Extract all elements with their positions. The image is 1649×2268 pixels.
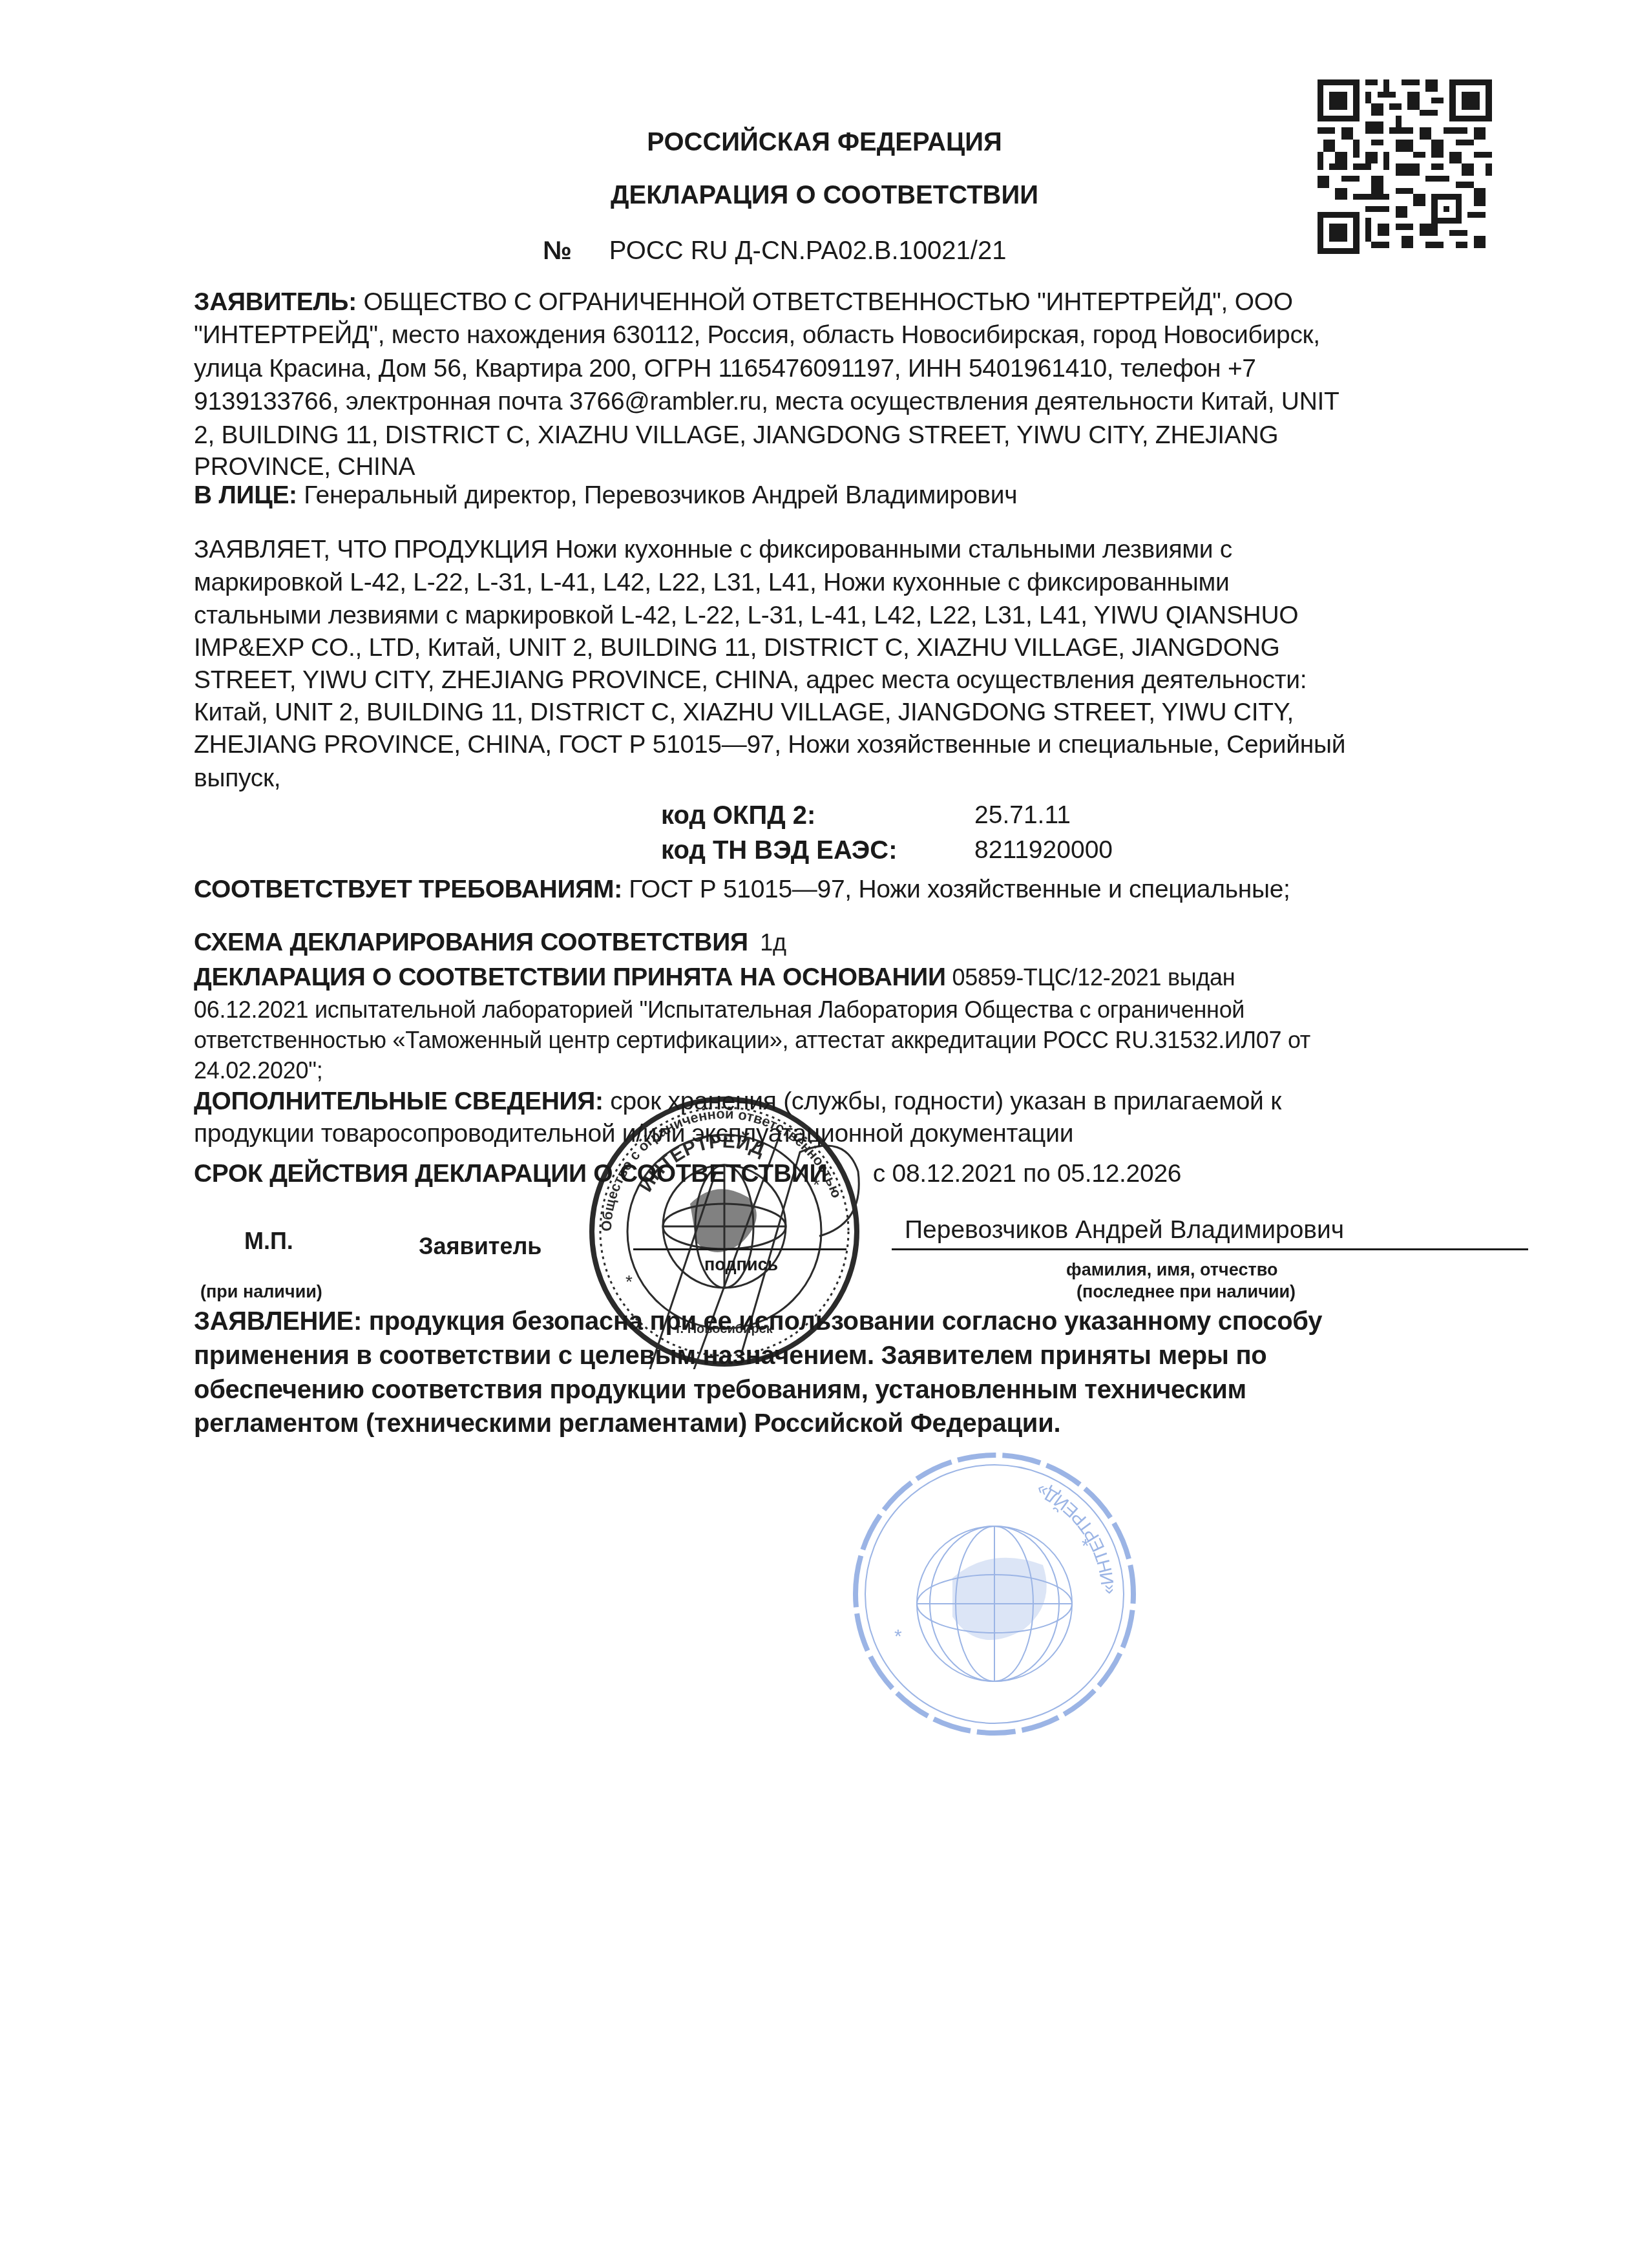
declares-line-4: IMP&EXP CO., LTD, Китай, UNIT 2, BUILDIN… bbox=[194, 632, 1280, 664]
basis-label: ДЕКЛАРАЦИЯ О СООТВЕТСТВИИ ПРИНЯТА НА ОСН… bbox=[194, 963, 946, 991]
represented-value: Генеральный директор, Перевозчиков Андре… bbox=[297, 481, 1017, 509]
svg-text:*: * bbox=[1082, 1535, 1089, 1557]
country-heading: РОССИЙСКАЯ ФЕДЕРАЦИЯ bbox=[0, 128, 1649, 157]
qr-code-icon bbox=[1316, 79, 1493, 254]
declares-line-3: стальными лезвиями с маркировкой L-42, L… bbox=[194, 600, 1298, 632]
applicant-line-5: 2, BUILDING 11, DISTRICT C, XIAZHU VILLA… bbox=[194, 419, 1278, 452]
declaration-number: РОСС RU Д-CN.PA02.B.10021/21 bbox=[609, 236, 1007, 265]
applicant-line-4: 9139133766, электронная почта 3766@rambl… bbox=[194, 386, 1339, 418]
tnved-label: код ТН ВЭД ЕАЭС: bbox=[661, 836, 898, 865]
basis-line-3: ответственностью «Таможенный центр серти… bbox=[194, 1024, 1310, 1056]
seal-note: (при наличии) bbox=[200, 1282, 322, 1302]
document-title: ДЕКЛАРАЦИЯ О СООТВЕТСТВИИ bbox=[0, 181, 1649, 210]
scheme-row: СХЕМА ДЕКЛАРИРОВАНИЯ СООТВЕТСТВИЯ 1д bbox=[194, 927, 786, 959]
validity-value: с 08.12.2021 по 05.12.2026 bbox=[873, 1160, 1181, 1188]
declaration-number-row: № РОСС RU Д-CN.PA02.B.10021/21 bbox=[543, 236, 1006, 266]
applicant-line-3: улица Красина, Дом 56, Квартира 200, ОГР… bbox=[194, 353, 1256, 385]
applicant-label: ЗАЯВИТЕЛЬ: bbox=[194, 288, 357, 316]
okpd-value: 25.71.11 bbox=[974, 801, 1071, 830]
declares-line-8: выпуск, bbox=[194, 762, 280, 795]
declares-line-5: STREET, YIWU CITY, ZHEJIANG PROVINCE, CH… bbox=[194, 664, 1307, 697]
applicant-line-6: PROVINCE, CHINA bbox=[194, 451, 415, 483]
basis-line-2: 06.12.2021 испытательной лабораторией "И… bbox=[194, 994, 1245, 1026]
statement-label: ЗАЯВЛЕНИЕ: bbox=[194, 1307, 362, 1336]
basis-value: 05859-ТЦС/12-2021 выдан bbox=[946, 964, 1235, 991]
blue-seal-stamp: «ИНТЕРТРЕЙД» * * bbox=[849, 1449, 1140, 1739]
number-sign: № bbox=[543, 236, 572, 265]
represented-by: В ЛИЦЕ: Генеральный директор, Перевозчик… bbox=[194, 479, 1017, 512]
declares-line-2: маркировкой L-42, L-22, L-31, L-41, L42,… bbox=[194, 567, 1230, 599]
name-caption-2: (последнее при наличии) bbox=[1077, 1282, 1296, 1302]
name-caption: фамилия, имя, отчество bbox=[1066, 1260, 1277, 1280]
represented-label: В ЛИЦЕ: bbox=[194, 481, 297, 509]
applicant-line-2: "ИНТЕРТРЕЙД", место нахождения 630112, Р… bbox=[194, 319, 1320, 352]
basis-row: ДЕКЛАРАЦИЯ О СООТВЕТСТВИИ ПРИНЯТА НА ОСН… bbox=[194, 961, 1235, 994]
statement-line-3: обеспечению соответствия продукции требо… bbox=[194, 1374, 1246, 1406]
okpd-label: код ОКПД 2: bbox=[661, 801, 815, 830]
black-stamp-city: г. Новосибирск bbox=[676, 1322, 773, 1336]
tnved-value: 8211920000 bbox=[974, 836, 1113, 865]
declares-line-1: ЗАЯВЛЯЕТ, ЧТО ПРОДУКЦИЯ Ножи кухонные с … bbox=[194, 534, 1232, 566]
applicant-full-name: Перевозчиков Андрей Владимирович bbox=[905, 1216, 1344, 1244]
seal-label: М.П. bbox=[244, 1228, 293, 1255]
name-line bbox=[892, 1248, 1528, 1250]
compliance-row: СООТВЕТСТВУЕТ ТРЕБОВАНИЯМ: ГОСТ Р 51015—… bbox=[194, 874, 1290, 906]
compliance-label: СООТВЕТСТВУЕТ ТРЕБОВАНИЯМ: bbox=[194, 876, 622, 903]
svg-text:*: * bbox=[894, 1626, 902, 1647]
applicant-sign-label: Заявитель bbox=[419, 1233, 542, 1260]
applicant-line-1: ЗАЯВИТЕЛЬ: ОБЩЕСТВО С ОГРАНИЧЕННОЙ ОТВЕТ… bbox=[194, 286, 1293, 319]
svg-text:*: * bbox=[813, 1175, 820, 1195]
black-seal-stamp: Общество с ограниченной ответственностью… bbox=[587, 1094, 862, 1369]
svg-text:*: * bbox=[625, 1272, 633, 1292]
declares-line-6: Китай, UNIT 2, BUILDING 11, DISTRICT C, … bbox=[194, 697, 1294, 729]
compliance-value: ГОСТ Р 51015—97, Ножи хозяйственные и сп… bbox=[622, 876, 1290, 903]
scheme-label: СХЕМА ДЕКЛАРИРОВАНИЯ СООТВЕТСТВИЯ bbox=[194, 929, 748, 956]
scheme-value: 1д bbox=[760, 929, 786, 956]
declares-line-7: ZHEJIANG PROVINCE, CHINA, ГОСТ Р 51015—9… bbox=[194, 729, 1345, 761]
statement-line-4: регламентом (техническими регламентами) … bbox=[194, 1407, 1060, 1440]
basis-line-4: 24.02.2020"; bbox=[194, 1055, 322, 1087]
additional-label: ДОПОЛНИТЕЛЬНЫЕ СВЕДЕНИЯ: bbox=[194, 1087, 604, 1115]
